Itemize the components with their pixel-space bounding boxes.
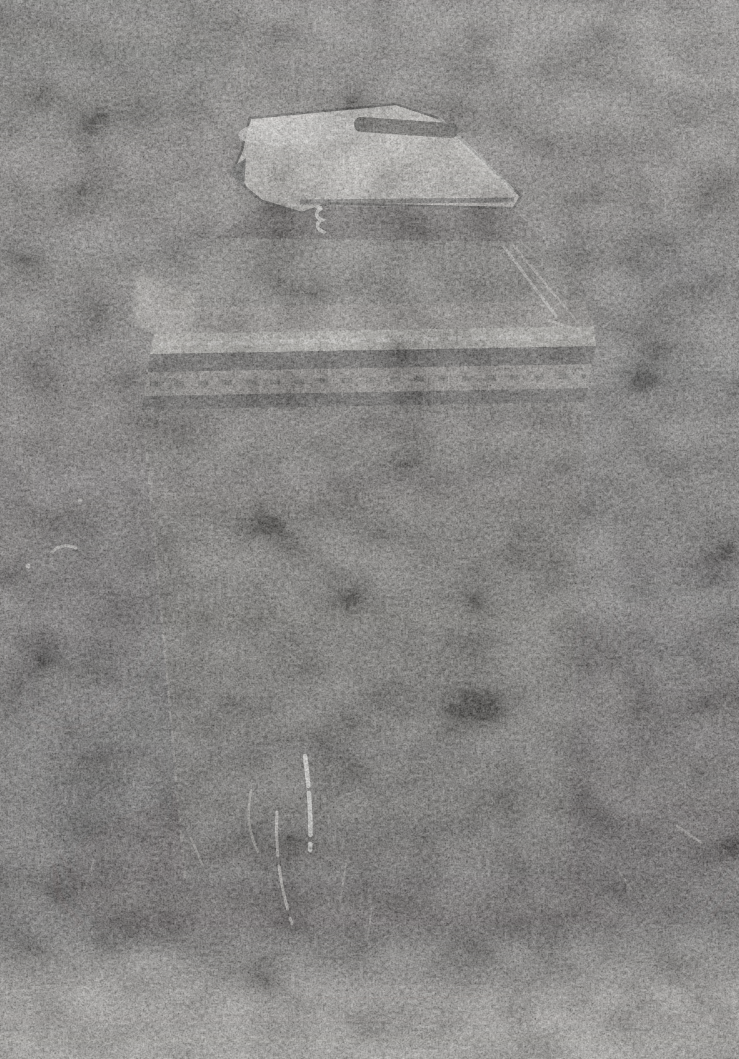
photocopy-grain-overlay (0, 0, 739, 1059)
photocopied-photograph (0, 0, 739, 1059)
photo-canvas (0, 0, 739, 1059)
